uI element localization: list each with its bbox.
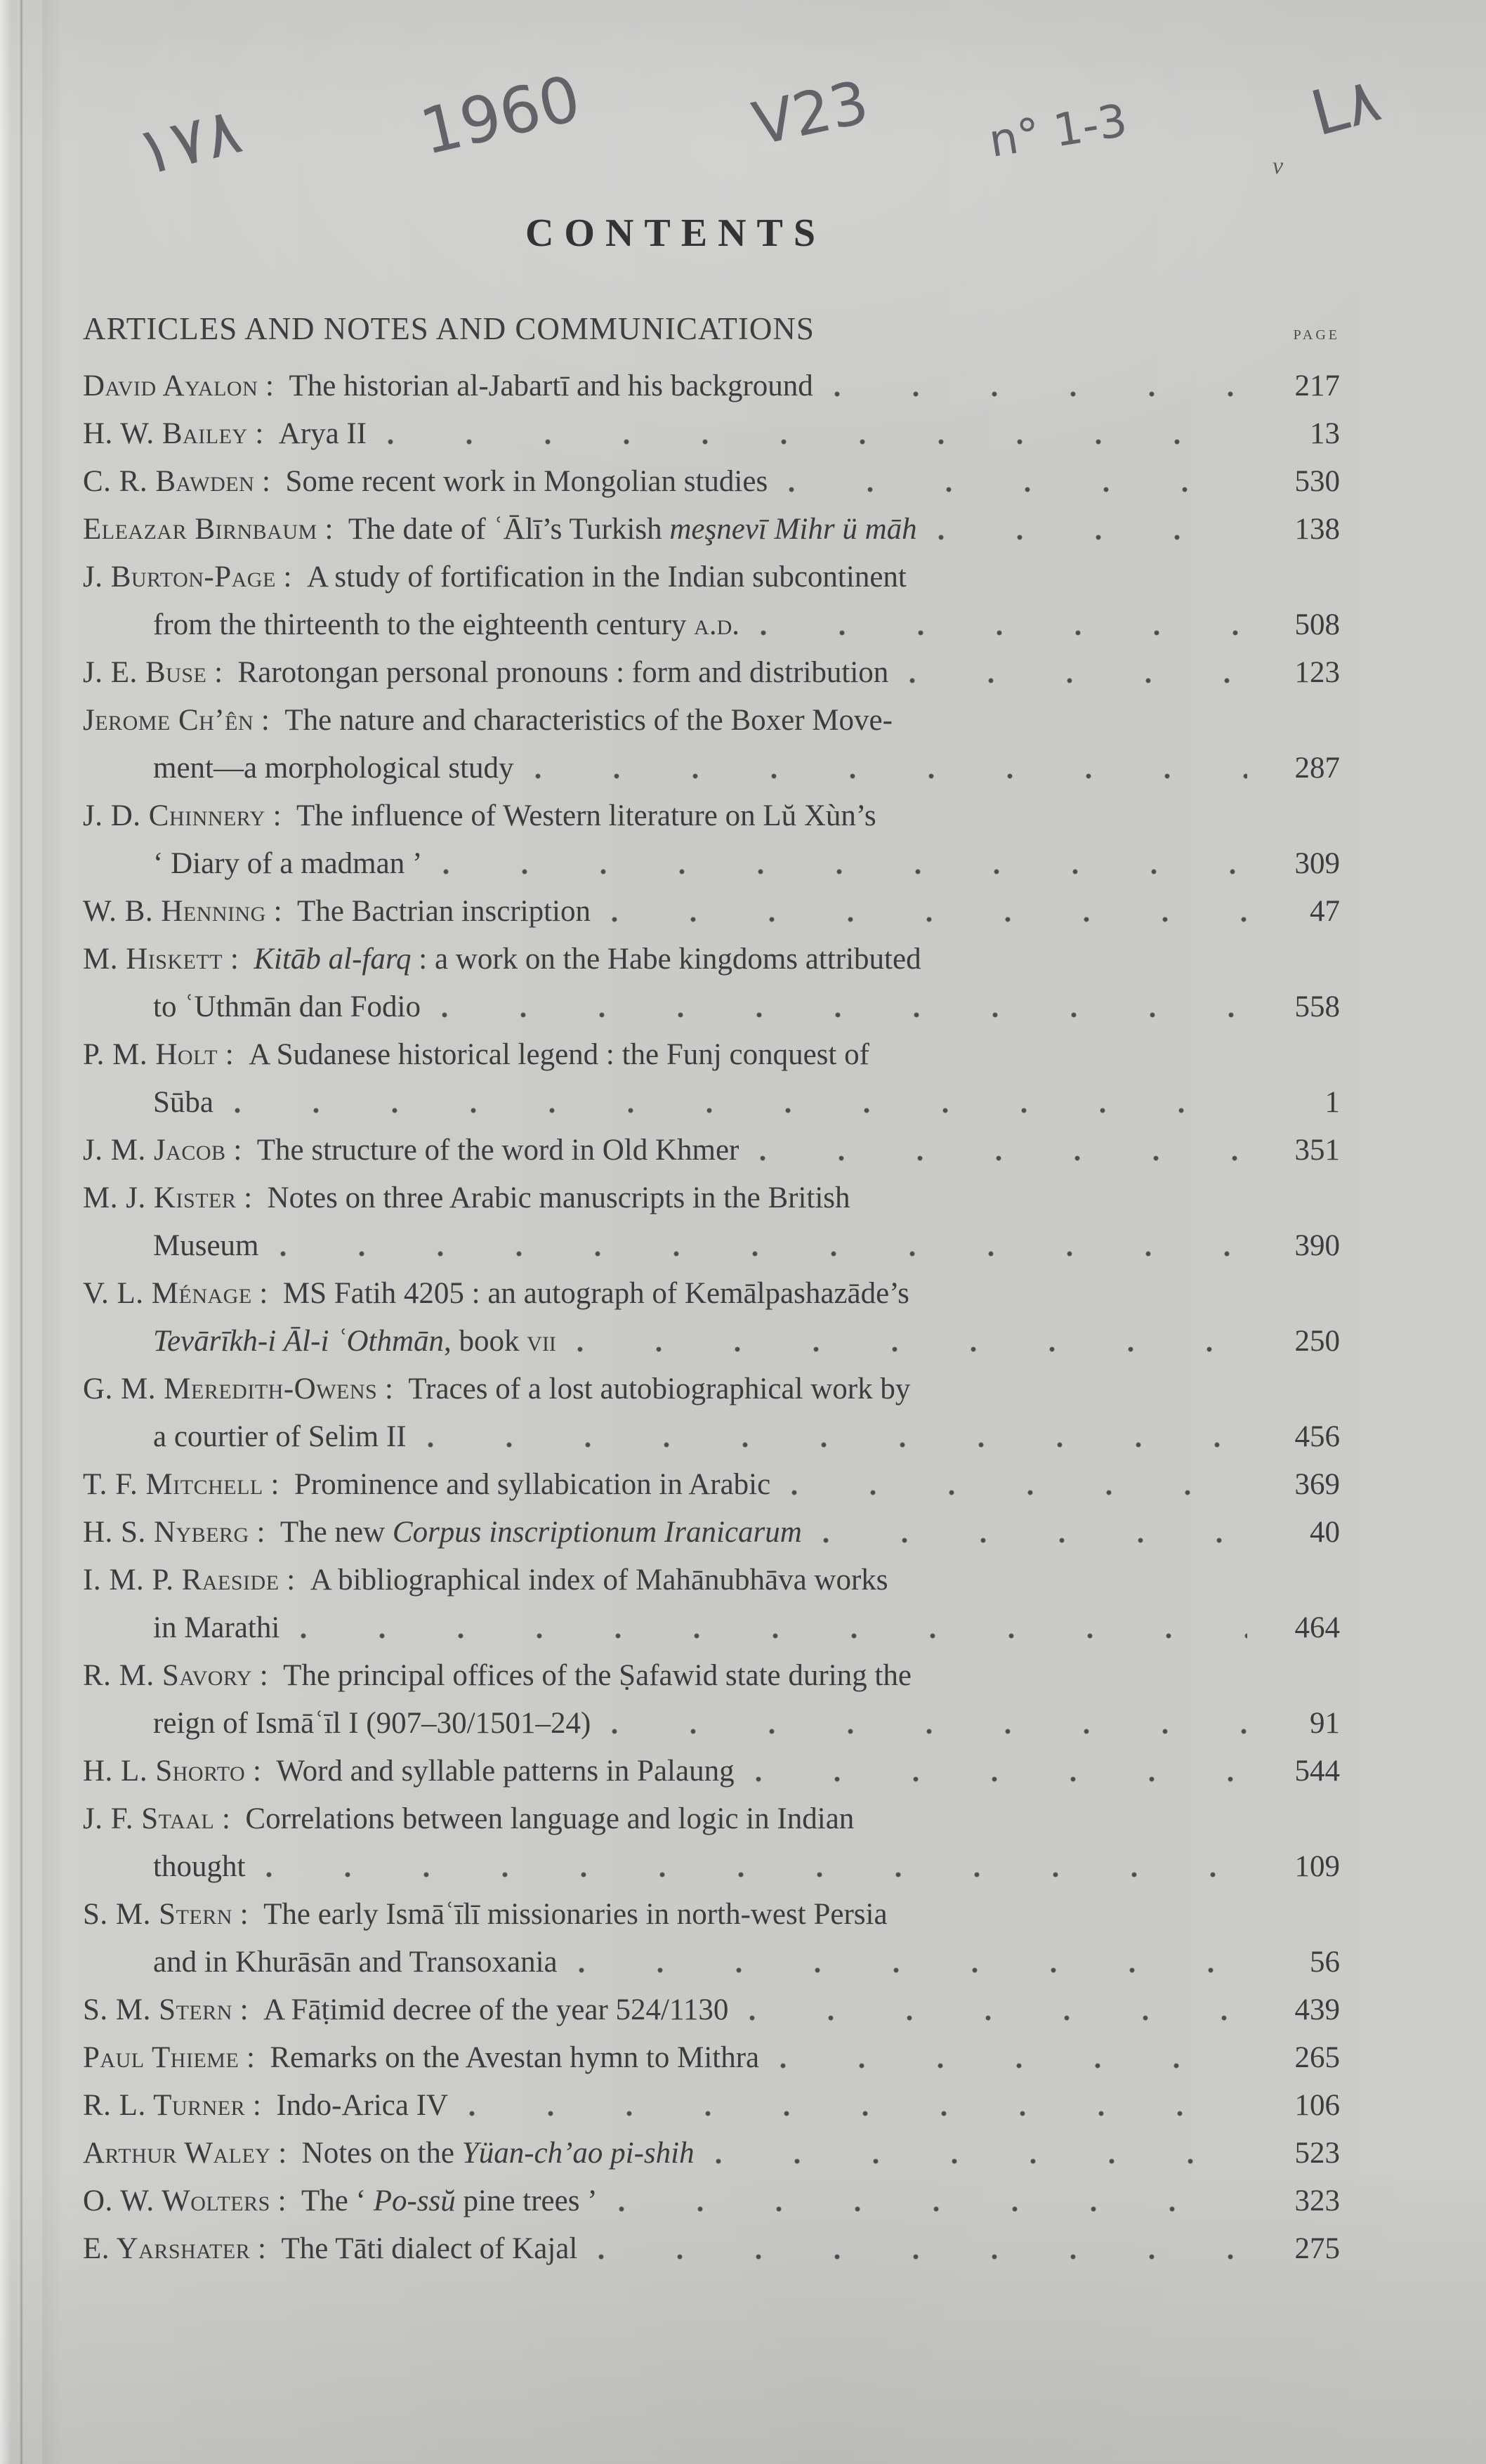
entry-text: V. L. Ménage : MS Fatih 4205 : an autogr… [83,1270,909,1318]
toc-entry: Paul Thieme : Remarks on the Avestan hym… [83,2034,1340,2082]
dot-leader [280,1604,1247,1652]
entry-page: 390 [1257,1222,1340,1270]
entry-author: J. M. Jacob [83,1134,226,1167]
entry-title: : Notes on the Yüan-ch’ao pi-shih [270,2137,694,2170]
entry-title: : Traces of a lost autobiographical work… [377,1372,910,1405]
dot-leader [695,2130,1247,2177]
entry-title: : The new Corpus inscriptionum Iranicaru… [249,1516,802,1549]
entry-text: J. Burton-Page : A study of fortificatio… [83,553,907,601]
entry-text: M. Hiskett : Kitāb al-farq : a work on t… [83,936,921,983]
entry-title: : A bibliographical index of Mahānubhāva… [280,1564,888,1597]
entry-page: 1 [1257,1079,1340,1127]
entry-page: 123 [1257,649,1340,697]
entry-title: : Some recent work in Mongolian studies [254,465,768,498]
entry-text-continuation: from the thirteenth to the eighteenth ce… [83,601,739,649]
entry-text: Paul Thieme : Remarks on the Avestan hym… [83,2034,759,2082]
dot-leader [735,1748,1247,1795]
entry-title: : Kitāb al-farq : a work on the Habe kin… [223,943,921,976]
entry-text: J. D. Chinnery : The influence of Wester… [83,792,876,840]
entry-title: : The Tāti dialect of Kajal [250,2232,577,2265]
toc-line: Jerome Ch’ên : The nature and characteri… [83,697,1340,745]
toc-entry: S. M. Stern : The early Ismāʿīlī mission… [83,1891,1340,1986]
toc-line: G. M. Meredith-Owens : Traces of a lost … [83,1365,1340,1413]
entry-text-continuation: and in Khurāsān and Transoxania [83,1939,558,1986]
entry-page: 544 [1257,1748,1340,1795]
toc-line: T. F. Mitchell : Prominence and syllabic… [83,1461,1340,1509]
entry-page: 323 [1257,2177,1340,2225]
toc-line-continuation: Tevārīkh-i Āl-i ʿOthmān, book vii250 [83,1318,1340,1365]
section-heading-row: ARTICLES AND NOTES AND COMMUNICATIONS pa… [83,310,1340,347]
toc-line: M. J. Kister : Notes on three Arabic man… [83,1174,1340,1222]
entry-title: : A Sudanese historical legend : the Fun… [218,1038,869,1071]
dot-leader [768,458,1247,506]
entry-page: 369 [1257,1461,1340,1509]
handwritten-note-mark: L٨ [1303,63,1388,150]
entry-author: J. D. Chinnery [83,799,265,832]
entry-author: M. Hiskett [83,943,223,976]
handwritten-note-volume: V23 [747,67,874,159]
toc-list: David Ayalon : The historian al-Jabartī … [83,362,1340,2273]
dot-leader [770,1461,1247,1509]
entry-author: G. M. Meredith-Owens [83,1372,377,1405]
entry-title: : Remarks on the Avestan hymn to Mithra [239,2041,759,2074]
toc-entry: E. Yarshater : The Tāti dialect of Kajal… [83,2225,1340,2273]
dot-leader [759,2034,1247,2082]
toc-line: Eleazar Birnbaum : The date of ʿĀlī’s Tu… [83,506,1340,553]
entry-author: Arthur Waley [83,2137,270,2170]
toc-line: I. M. P. Raeside : A bibliographical ind… [83,1557,1340,1604]
entry-text-continuation: in Marathi [83,1604,280,1652]
dot-leader [577,2225,1247,2273]
toc-entry: G. M. Meredith-Owens : Traces of a lost … [83,1365,1340,1461]
entry-page: 265 [1257,2034,1340,2082]
entry-page: 456 [1257,1413,1340,1461]
page-title: CONTENTS [0,211,1419,256]
toc-line: J. Burton-Page : A study of fortificatio… [83,553,1340,601]
entry-text-continuation: Tevārīkh-i Āl-i ʿOthmān, book vii [83,1318,556,1365]
toc-entry: David Ayalon : The historian al-Jabartī … [83,362,1340,410]
entry-page: 91 [1257,1700,1340,1748]
entry-text: H. W. Bailey : Arya II [83,410,367,458]
toc-entry: H. W. Bailey : Arya II13 [83,410,1340,458]
dot-leader [213,1079,1247,1127]
toc-line: S. M. Stern : A Fāṭimid decree of the ye… [83,1986,1340,2034]
toc-line-continuation: from the thirteenth to the eighteenth ce… [83,601,1340,649]
entry-text: C. R. Bawden : Some recent work in Mongo… [83,458,768,506]
entry-page: 56 [1257,1939,1340,1986]
toc-entry: J. F. Staal : Correlations between langu… [83,1795,1340,1891]
dot-leader [591,1700,1247,1748]
dot-leader [422,840,1247,888]
entry-page: 106 [1257,2082,1340,2130]
toc-line: J. D. Chinnery : The influence of Wester… [83,792,1340,840]
entry-title: : The historian al-Jabartī and his backg… [258,369,813,402]
entry-title: : The date of ʿĀlī’s Turkish meşnevī Mih… [317,513,917,546]
entry-author: I. M. P. Raeside [83,1564,280,1597]
toc-entry: Jerome Ch’ên : The nature and characteri… [83,697,1340,792]
dot-leader [728,1986,1247,2034]
toc-entry: J. E. Buse : Rarotongan personal pronoun… [83,649,1340,697]
toc-line: S. M. Stern : The early Ismāʿīlī mission… [83,1891,1340,1939]
entry-text: S. M. Stern : The early Ismāʿīlī mission… [83,1891,888,1939]
entry-author: C. R. Bawden [83,465,254,498]
entry-text-continuation: ‘ Diary of a madman ’ [83,840,422,888]
entry-author: S. M. Stern [83,1993,232,2026]
toc-line: O. W. Wolters : The ‘ Po-ssŭ pine trees … [83,2177,1340,2225]
entry-text: J. E. Buse : Rarotongan personal pronoun… [83,649,888,697]
dot-leader [259,1222,1248,1270]
entry-title: : Indo-Arica IV [245,2089,448,2122]
entry-title: : Notes on three Arabic manuscripts in t… [236,1181,850,1214]
entry-page: 464 [1257,1604,1340,1652]
entry-author: W. B. Henning [83,895,266,928]
dot-leader [407,1413,1247,1461]
dot-leader [739,1127,1247,1174]
entry-page: 309 [1257,840,1340,888]
entry-title: : Word and syllable patterns in Palaung [245,1755,734,1788]
entry-text: W. B. Henning : The Bactrian inscription [83,888,591,936]
dot-leader [917,506,1247,553]
entry-title: : The early Ismāʿīlī missionaries in nor… [232,1898,888,1931]
entry-author: J. Burton-Page [83,561,276,594]
toc-entry: M. Hiskett : Kitāb al-farq : a work on t… [83,936,1340,1031]
entry-text: J. M. Jacob : The structure of the word … [83,1127,739,1174]
dot-leader [591,888,1247,936]
entry-page: 40 [1257,1509,1340,1557]
scanned-contents-page: ١٧٨ 1960 V23 n° 1-3 L٨ v CONTENTS ARTICL… [0,0,1486,2464]
entry-author: R. L. Turner [83,2089,245,2122]
entry-text: I. M. P. Raeside : A bibliographical ind… [83,1557,888,1604]
entry-author: M. J. Kister [83,1181,236,1214]
entry-page: 351 [1257,1127,1340,1174]
entry-text: Arthur Waley : Notes on the Yüan-ch’ao p… [83,2130,695,2177]
entry-page: 287 [1257,745,1340,792]
entry-page: 13 [1257,410,1340,458]
dot-leader [813,362,1247,410]
toc-line-continuation: ‘ Diary of a madman ’309 [83,840,1340,888]
toc-entry: J. M. Jacob : The structure of the word … [83,1127,1340,1174]
toc-line: R. M. Savory : The principal offices of … [83,1652,1340,1700]
toc-line-continuation: thought109 [83,1843,1340,1891]
entry-author: David Ayalon [83,369,258,402]
entry-author: P. M. Holt [83,1038,218,1071]
entry-title: : MS Fatih 4205 : an autograph of Kemālp… [252,1277,909,1310]
entry-author: Jerome Ch’ên [83,704,254,737]
entry-title: : The principal offices of the Ṣafawid s… [252,1659,912,1692]
entry-text-continuation: Sūba [83,1079,213,1127]
entry-text: H. S. Nyberg : The new Corpus inscriptio… [83,1509,802,1557]
entry-author: H. S. Nyberg [83,1516,249,1549]
entry-page: 217 [1257,362,1340,410]
dot-leader [421,983,1247,1031]
entry-author: J. E. Buse [83,656,206,689]
entry-text: E. Yarshater : The Tāti dialect of Kajal [83,2225,577,2273]
toc-entry: S. M. Stern : A Fāṭimid decree of the ye… [83,1986,1340,2034]
entry-text-continuation: reign of Ismāʿīl I (907–30/1501–24) [83,1700,591,1748]
toc-line: R. L. Turner : Indo-Arica IV106 [83,2082,1340,2130]
toc-line: J. E. Buse : Rarotongan personal pronoun… [83,649,1340,697]
toc-entry: J. Burton-Page : A study of fortificatio… [83,553,1340,649]
toc-line: V. L. Ménage : MS Fatih 4205 : an autogr… [83,1270,1340,1318]
toc-entry: W. B. Henning : The Bactrian inscription… [83,888,1340,936]
entry-author: E. Yarshater [83,2232,250,2265]
entry-title: : The influence of Western literature on… [265,799,876,832]
toc-line: P. M. Holt : A Sudanese historical legen… [83,1031,1340,1079]
entry-text: J. F. Staal : Correlations between langu… [83,1795,854,1843]
entry-page: 275 [1257,2225,1340,2273]
entry-title: : Rarotongan personal pronouns : form an… [206,656,888,689]
toc-entry: J. D. Chinnery : The influence of Wester… [83,792,1340,888]
entry-text-continuation: to ʿUthmān dan Fodio [83,983,421,1031]
entry-text: David Ayalon : The historian al-Jabartī … [83,362,813,410]
toc-entry: R. M. Savory : The principal offices of … [83,1652,1340,1748]
entry-title: : Prominence and syllabication in Arabic [263,1468,770,1501]
toc-line: Arthur Waley : Notes on the Yüan-ch’ao p… [83,2130,1340,2177]
entry-title: : Arya II [248,417,367,450]
toc-entry: T. F. Mitchell : Prominence and syllabic… [83,1461,1340,1509]
toc-line: H. W. Bailey : Arya II13 [83,410,1340,458]
folio-page-number: v [1273,153,1284,180]
dot-leader [367,410,1247,458]
entry-author: T. F. Mitchell [83,1468,263,1501]
entry-text-continuation: ment—a morphological study [83,745,514,792]
toc-line-continuation: reign of Ismāʿīl I (907–30/1501–24)91 [83,1700,1340,1748]
entry-author: J. F. Staal [83,1802,214,1835]
entry-text: O. W. Wolters : The ‘ Po-ssŭ pine trees … [83,2177,598,2225]
toc-entry: O. W. Wolters : The ‘ Po-ssŭ pine trees … [83,2177,1340,2225]
toc-line: W. B. Henning : The Bactrian inscription… [83,888,1340,936]
toc-line-continuation: Museum390 [83,1222,1340,1270]
toc-line-continuation: and in Khurāsān and Transoxania56 [83,1939,1340,1986]
entry-text-continuation: a courtier of Selim II [83,1413,407,1461]
toc-line: David Ayalon : The historian al-Jabartī … [83,362,1340,410]
entry-title: : Correlations between language and logi… [214,1802,854,1835]
toc-entry: H. L. Shorto : Word and syllable pattern… [83,1748,1340,1795]
entry-text: R. L. Turner : Indo-Arica IV [83,2082,448,2130]
dot-leader [802,1509,1247,1557]
handwritten-note-issues: n° 1-3 [985,95,1131,168]
section-title: ARTICLES AND NOTES AND COMMUNICATIONS [83,310,815,347]
entry-author: S. M. Stern [83,1898,232,1931]
entry-text-continuation: thought [83,1843,245,1891]
entry-page: 530 [1257,458,1340,506]
entry-author: Paul Thieme [83,2041,239,2074]
page-column-label: page [1294,322,1340,345]
toc-entry: R. L. Turner : Indo-Arica IV106 [83,2082,1340,2130]
handwritten-note-shelfmark: ١٧٨ [129,93,249,191]
entry-text: Jerome Ch’ên : The nature and characteri… [83,697,893,745]
toc-line-continuation: to ʿUthmān dan Fodio558 [83,983,1340,1031]
entry-text: S. M. Stern : A Fāṭimid decree of the ye… [83,1986,728,2034]
toc-entry: H. S. Nyberg : The new Corpus inscriptio… [83,1509,1340,1557]
dot-leader [888,649,1247,697]
entry-title: : A Fāṭimid decree of the year 524/1130 [232,1993,729,2026]
entry-text: Eleazar Birnbaum : The date of ʿĀlī’s Tu… [83,506,917,553]
toc-entry: Eleazar Birnbaum : The date of ʿĀlī’s Tu… [83,506,1340,553]
toc-line-continuation: Sūba1 [83,1079,1340,1127]
toc-line-continuation: a courtier of Selim II456 [83,1413,1340,1461]
entry-page: 558 [1257,983,1340,1031]
entry-page: 439 [1257,1986,1340,2034]
toc-line: C. R. Bawden : Some recent work in Mongo… [83,458,1340,506]
toc-entry: M. J. Kister : Notes on three Arabic man… [83,1174,1340,1270]
toc-entry: P. M. Holt : A Sudanese historical legen… [83,1031,1340,1127]
entry-title: : The nature and characteristics of the … [254,704,893,737]
entry-page: 138 [1257,506,1340,553]
entry-author: Eleazar Birnbaum [83,513,317,546]
entry-author: H. L. Shorto [83,1755,245,1788]
entry-page: 250 [1257,1318,1340,1365]
entry-text-continuation: Museum [83,1222,259,1270]
toc-line-continuation: ment—a morphological study287 [83,745,1340,792]
entry-text: M. J. Kister : Notes on three Arabic man… [83,1174,850,1222]
dot-leader [598,2177,1247,2225]
entry-page: 47 [1257,888,1340,936]
entry-text: T. F. Mitchell : Prominence and syllabic… [83,1461,770,1509]
entry-text: P. M. Holt : A Sudanese historical legen… [83,1031,869,1079]
toc-line: Paul Thieme : Remarks on the Avestan hym… [83,2034,1340,2082]
dot-leader [448,2082,1247,2130]
entry-page: 109 [1257,1843,1340,1891]
entry-author: V. L. Ménage [83,1277,252,1310]
entry-text: G. M. Meredith-Owens : Traces of a lost … [83,1365,910,1413]
dot-leader [739,601,1247,649]
entry-title: : The Bactrian inscription [266,895,591,928]
entry-page: 508 [1257,601,1340,649]
toc-line: J. F. Staal : Correlations between langu… [83,1795,1340,1843]
toc-entry: C. R. Bawden : Some recent work in Mongo… [83,458,1340,506]
toc-entry: V. L. Ménage : MS Fatih 4205 : an autogr… [83,1270,1340,1365]
entry-page: 523 [1257,2130,1340,2177]
handwritten-note-year: 1960 [414,62,587,170]
entry-author: H. W. Bailey [83,417,248,450]
toc-line-continuation: in Marathi464 [83,1604,1340,1652]
entry-title: : A study of fortification in the Indian… [276,561,907,594]
entry-text: R. M. Savory : The principal offices of … [83,1652,912,1700]
dot-leader [245,1843,1247,1891]
dot-leader [558,1939,1247,1986]
toc-line: H. L. Shorto : Word and syllable pattern… [83,1748,1340,1795]
toc-entry: Arthur Waley : Notes on the Yüan-ch’ao p… [83,2130,1340,2177]
entry-title: : The structure of the word in Old Khmer [226,1134,739,1167]
entry-title: : The ‘ Po-ssŭ pine trees ’ [270,2184,598,2217]
dot-leader [514,745,1247,792]
toc-line: J. M. Jacob : The structure of the word … [83,1127,1340,1174]
toc-entry: I. M. P. Raeside : A bibliographical ind… [83,1557,1340,1652]
toc-line: H. S. Nyberg : The new Corpus inscriptio… [83,1509,1340,1557]
toc-line: M. Hiskett : Kitāb al-farq : a work on t… [83,936,1340,983]
entry-author: R. M. Savory [83,1659,252,1692]
entry-author: O. W. Wolters [83,2184,270,2217]
dot-leader [556,1318,1247,1365]
entry-text: H. L. Shorto : Word and syllable pattern… [83,1748,735,1795]
toc-line: E. Yarshater : The Tāti dialect of Kajal… [83,2225,1340,2273]
